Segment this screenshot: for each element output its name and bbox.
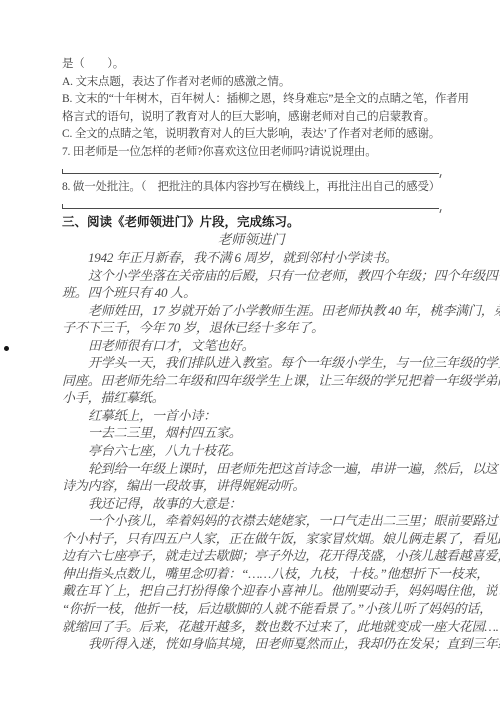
answer-blank-row-2 (62, 196, 440, 214)
passage-line: 一个小孩儿，牵着妈妈的衣襟去姥姥家，一口气走出二三里；眼前要路过一 (62, 512, 440, 530)
margin-dot (4, 346, 9, 351)
poem-line: 一去二三里，烟村四五家。 (62, 424, 440, 442)
option-b-line1: B. 文末的“十年树木，百年树人：插柳之恩，终身难忘”是全文的点睛之笔，作者用 (62, 91, 440, 109)
passage-line: 1942 年正月新春，我不满 6 周岁，就到邻村小学读书。 (62, 249, 440, 267)
passage-line: 小手，描红摹纸。 (62, 389, 440, 407)
passage-line: 同座。田老师先给二年级和四年级学生上课，让三年级的学兄把着一年级学弟的 (62, 372, 440, 390)
passage-line: 边有六七座亭子，就走过去歇脚；亭子外边，花开得茂盛，小孩儿越看越喜爱， (62, 547, 440, 565)
answer-blank-line (62, 208, 439, 209)
passage-line: 就缩回了手。后来，花越开越多，数也数不过来了，此地就变成一座大花园…… (62, 618, 440, 636)
question-stem-tail: 是（ ）。 (62, 56, 440, 74)
option-b-line2: 格言式的语句，说明了教育对人的巨大影响，感谢老师对自己的启蒙教育。 (62, 109, 440, 127)
option-c: C. 全文的点睛之笔，说明教育对人的巨大影响，表达’了作者对老师的感谢。 (62, 126, 440, 144)
answer-blank-line (62, 173, 439, 174)
passage-line: 老师姓田，17 岁就开始了小学教师生涯。田老师执教 40 年，桃李满门，弟 (62, 302, 440, 320)
passage-line: 红摹纸上，一首小诗： (62, 407, 440, 425)
passage-line: 这个小学坐落在关帝庙的后殿，只有一位老师，教四个年级；四个年级四个 (62, 267, 440, 285)
passage-line: 子不下三千，今年 70 岁，退休已经十多年了。 (62, 319, 440, 337)
question-7: 7. 田老师是一位怎样的老师?你喜欢这位田老师吗?请说说理由。 (62, 144, 440, 162)
scanned-worksheet-page: 是（ ）。 A. 文末点题，表达了作者对老师的感激之情。 B. 文末的“十年树木… (0, 0, 500, 707)
worksheet-content: 是（ ）。 A. 文末点题，表达了作者对老师的感激之情。 B. 文末的“十年树木… (62, 56, 440, 653)
section-heading: 三、阅读《老师领进门》片段，完成练习。 (62, 214, 440, 232)
passage-line: 戴在耳丫上，把自己打扮得像个迎春小喜神儿。他刚要动手，妈妈喝住他，说： (62, 582, 440, 600)
passage-line: 轮到给一年级上课时，田老师先把这首诗念一遍，串讲一遍，然后，以这首 (62, 460, 440, 478)
passage-line: 个小村子，只有四五户人家，正在做午饭，家家冒炊烟。娘儿俩走累了，看见路 (62, 530, 440, 548)
passage-line: 我听得入迷，恍如身临其境，田老师戛然而止，我却仍在发呆；直到三年级 (62, 635, 440, 653)
answer-blank-row-1 (62, 161, 440, 179)
passage-line: 我还记得，故事的大意是： (62, 495, 440, 513)
poem-line: 亭台六七座，八九十枝花。 (62, 442, 440, 460)
question-8: 8. 做一处批注。（ 把批注的具体内容抄写在横线上，再批注出自己的感受） (62, 179, 440, 197)
passage-line: “你折一枝，他折一枝，后边歇脚的人就不能看景了。”小孩儿听了妈妈的话， (62, 600, 440, 618)
passage-line: 班。四个班只有 40 人。 (62, 284, 440, 302)
passage-line: 田老师很有口才，文笔也好。 (62, 337, 440, 355)
option-a: A. 文末点题，表达了作者对老师的感激之情。 (62, 74, 440, 92)
passage-line: 诗为内容，编出一段故事，讲得娓娓动听。 (62, 477, 440, 495)
passage-line: 开学头一天，我们排队进入教室。每个一年级小学生，与一位三年级的学兄 (62, 354, 440, 372)
passage-title: 老师领进门 (62, 231, 440, 249)
passage-line: 伸出指头点数儿，嘴里念叨着：“……八枝，九枝，十枝。”他想折下一枝来， (62, 565, 440, 583)
